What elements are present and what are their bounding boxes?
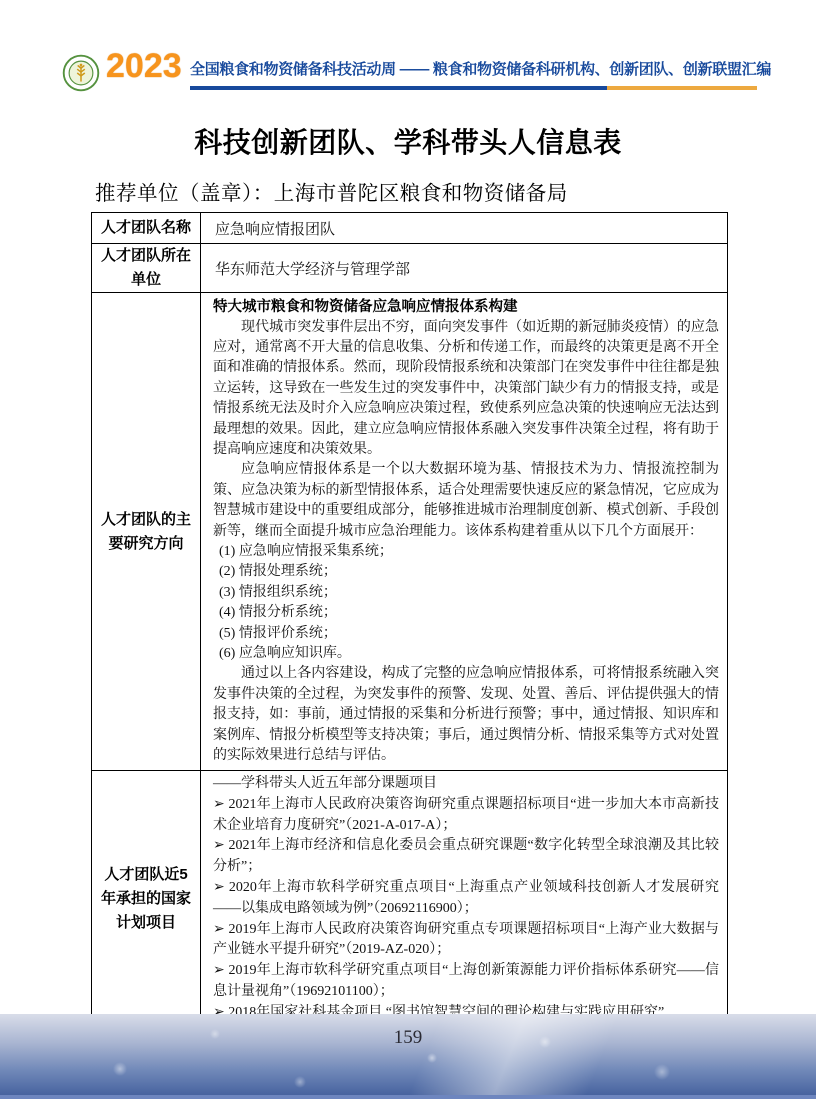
research-paragraph-2: 应急响应情报体系是一个以大数据环境为基、情报技术为力、情报流控制为策、应急决策为… xyxy=(213,460,719,542)
banner-year: 2023 xyxy=(106,47,182,86)
systems-list: (1) 应急响应情报采集系统；(2) 情报处理系统；(3) 情报组织系统；(4)… xyxy=(213,542,719,664)
table-row-research-direction: 人才团队的主要研究方向 特大城市粮食和物资储备应急响应情报体系构建 现代城市突发… xyxy=(92,293,728,771)
research-heading: 特大城市粮食和物资储备应急响应情报体系构建 xyxy=(213,297,719,318)
projects-list: ➢ 2021年上海市人民政府决策咨询研究重点课题招标项目“进一步加大本市高新技术… xyxy=(213,795,719,1024)
banner-title: 全国粮食和物资储备科技活动周 —— 粮食和物资储备科研机构、创新团队、创新联盟汇… xyxy=(190,58,771,79)
table-row-national-projects: 人才团队近5年承担的国家计划项目 ——学科带头人近五年部分课题项目 ➢ 2021… xyxy=(92,771,728,1028)
project-list-item: ➢ 2019年上海市人民政府决策咨询研究重点专项课题招标项目“上海产业大数据与产… xyxy=(213,920,719,962)
grain-emblem-icon xyxy=(62,54,100,92)
system-list-item: (5) 情报评价系统； xyxy=(213,624,719,644)
research-paragraph-3: 通过以上各内容建设，构成了完整的应急响应情报体系，可将情报系统融入突发事件决策的… xyxy=(213,664,719,766)
projects-content: ——学科带头人近五年部分课题项目 ➢ 2021年上海市人民政府决策咨询研究重点课… xyxy=(201,771,728,1028)
table-row-team-unit: 人才团队所在单位 华东师范大学经济与管理学部 xyxy=(92,244,728,293)
project-list-item: ➢ 2020年上海市软科学研究重点项目“上海重点产业领域科技创新人才发展研究——… xyxy=(213,878,719,920)
header-banner: 2023 全国粮食和物资储备科技活动周 —— 粮食和物资储备科研机构、创新团队、… xyxy=(62,50,772,94)
footer-band: 159 xyxy=(0,1014,816,1099)
document-page: 2023 全国粮食和物资储备科技活动周 —— 粮食和物资储备科研机构、创新团队、… xyxy=(0,0,816,1099)
system-list-item: (4) 情报分析系统； xyxy=(213,603,719,623)
system-list-item: (2) 情报处理系统； xyxy=(213,562,719,582)
team-name-value: 应急响应情报团队 xyxy=(201,213,728,244)
row-label-team-name: 人才团队名称 xyxy=(92,213,201,244)
system-list-item: (3) 情报组织系统； xyxy=(213,583,719,603)
research-paragraph-1: 现代城市突发事件层出不穷，面向突发事件（如近期的新冠肺炎疫情）的应急应对，通常离… xyxy=(213,318,719,461)
project-list-item: ➢ 2021年上海市经济和信息化委员会重点研究课题“数字化转型全球浪潮及其比较分… xyxy=(213,836,719,878)
recommender-line: 推荐单位（盖章）：上海市普陀区粮食和物资储备局 xyxy=(95,176,568,206)
row-label-national-projects: 人才团队近5年承担的国家计划项目 xyxy=(92,771,201,1028)
page-number: 159 xyxy=(0,1027,816,1049)
projects-intro: ——学科带头人近五年部分课题项目 xyxy=(213,774,719,795)
banner-rule-gold xyxy=(607,86,757,90)
project-list-item: ➢ 2019年上海市软科学研究重点项目“上海创新策源能力评价指标体系研究——信息… xyxy=(213,961,719,1003)
project-list-item: ➢ 2021年上海市人民政府决策咨询研究重点课题招标项目“进一步加大本市高新技术… xyxy=(213,795,719,837)
research-content: 特大城市粮食和物资储备应急响应情报体系构建 现代城市突发事件层出不穷，面向突发事… xyxy=(201,293,728,771)
team-unit-value: 华东师范大学经济与管理学部 xyxy=(201,244,728,293)
info-table: 人才团队名称 应急响应情报团队 人才团队所在单位 华东师范大学经济与管理学部 人… xyxy=(91,212,728,1028)
row-label-team-unit: 人才团队所在单位 xyxy=(92,244,201,293)
system-list-item: (1) 应急响应情报采集系统； xyxy=(213,542,719,562)
table-row-team-name: 人才团队名称 应急响应情报团队 xyxy=(92,213,728,244)
system-list-item: (6) 应急响应知识库。 xyxy=(213,644,719,664)
row-label-research-direction: 人才团队的主要研究方向 xyxy=(92,293,201,771)
banner-rule-blue xyxy=(190,86,607,90)
page-title: 科技创新团队、学科带头人信息表 xyxy=(0,121,816,161)
